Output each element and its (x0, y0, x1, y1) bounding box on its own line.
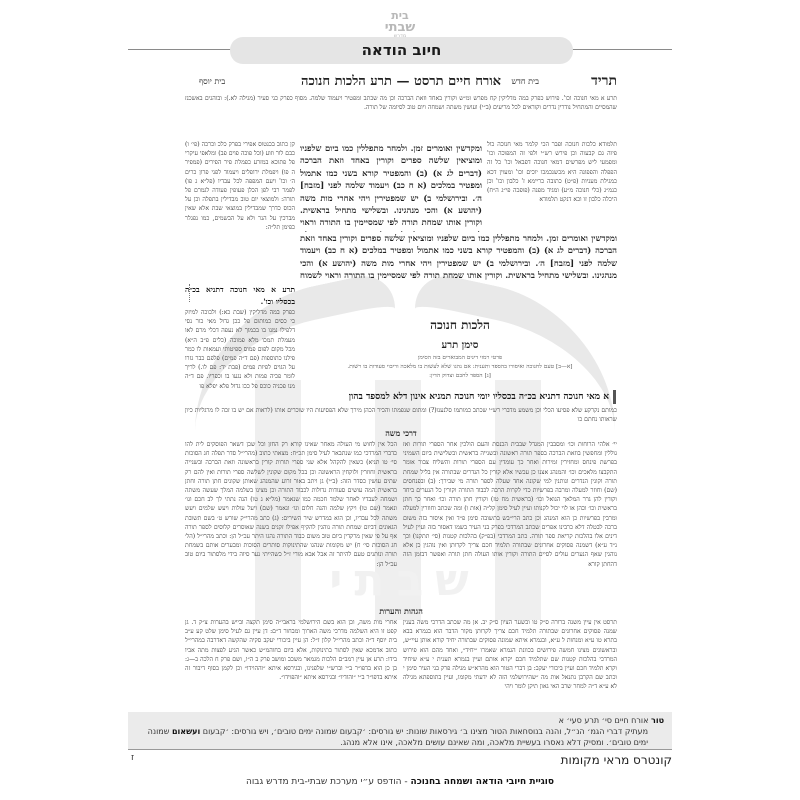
hagahot-title: הגהות והערות (185, 606, 617, 616)
beit-yosef-commentary-cont: כפרק במה מדליקין (שבת כא:) ולכוכה למיזק … (185, 308, 295, 388)
tur-top-text: תרע א מאי חנוכה וכו'. פירוש כפרק במה מדל… (185, 94, 617, 140)
beit-yosef-siman-heading: תרע א מאי חנוכה דתניא בכ״ה בכסליו וכו'. (185, 284, 295, 308)
tur-reference: אורח חיים סי׳ תרע סעי׳ א (559, 716, 649, 725)
darkei-moshe-left-column: הכל אין לחוש מי העולה מאחר שאינו קורא רק… (185, 440, 397, 602)
hagahot-left-column: אחרי מות משה, וכן הוא בשם הירושלמי בראבי… (185, 618, 397, 682)
page-footer: סוגיית חיובי הודאה ושמחה בחנוכה - הודפס … (200, 777, 600, 787)
footer-credit: הודפס ע״י מערכת שבתי-בית מדרש גבוה (246, 777, 402, 787)
publisher-logo: בית שבתי מדרש (370, 10, 430, 39)
siman-title: סימן תרע (305, 340, 615, 351)
main-text-continuation: ומקדשין ואומרים זמן. ולמחר מתפללין כמו ב… (300, 232, 617, 282)
tur-label: טור (651, 716, 664, 725)
tur-summary-box: טור אורח חיים סי׳ תרע סעי׳ א מעתיק דברי … (128, 712, 672, 750)
footer-title: סוגיית חיובי הודאה ושמחה בחנוכה (411, 777, 554, 787)
tur-summary-bold-word: ועשאום (172, 727, 200, 736)
beit-yosef-commentary: קן כתוב בכנטוס אפירי בפרק כלכ וכרכה (פי׳… (185, 140, 295, 280)
tur-siman-heading: א מאי חנוכה דתניא בכ״ה בכסליו יומי חנוכה… (184, 390, 616, 404)
tur-summary-line-2: ימים טובים׳. ומסיק דלא נאסרו בעשיית מלאכ… (136, 737, 664, 748)
column-label-beit-yosef: בית יוסף (199, 77, 225, 86)
darkei-moshe-right-column: יי׳ אלהי הרוחות וכו׳ ומסבבין המגדל שבבית… (403, 440, 617, 602)
tur-summary-line-1: מעתיק דברי הגמ׳ הנ״ל, והנה בנוסחאות הטור… (203, 727, 648, 736)
main-text-center: ומקדשין ואומרים זמן. ולמחר מתפללין כמו ב… (300, 142, 482, 232)
running-title: אורח חיים תרסט — תרע הלכות חנוכה (185, 73, 617, 89)
footer-separator: - (402, 777, 411, 787)
siman-summary-title: פרטי רמזי דינים המבוארים בזה הסימן (305, 355, 615, 361)
hagahot-right-column: תרסט אין עיין משנה ברורה ס״ק טו ובשער הצ… (403, 618, 617, 700)
siman-summary-1: [א—ב] טעם לחנוכה ואיסורו בהספד ותענית: א… (305, 364, 615, 370)
darkei-moshe-title: דרכי משה (185, 428, 617, 438)
page-number: ז (131, 753, 134, 763)
section-label: קונטרס מראי מקומות (561, 753, 672, 767)
siman-summary-2: [ג] הספד לחכם וצדוק הדין: (305, 373, 615, 379)
section-title: הלכות חנוכה (305, 318, 615, 333)
tur-main-text: כמותם נקרקע שלא פסיעו הכלי וכן משמע מדבר… (185, 406, 617, 425)
tur-summary-line-1-end: שמונה (148, 727, 170, 736)
running-header: תריד בית חדש אורח חיים תרסט — תרע הלכות … (185, 73, 617, 93)
bach-commentary: תלמודא כלכות חנוכה ופבר הכי קלמר מאי חנו… (487, 140, 617, 230)
page-title: חיוב הודאה (230, 37, 573, 64)
